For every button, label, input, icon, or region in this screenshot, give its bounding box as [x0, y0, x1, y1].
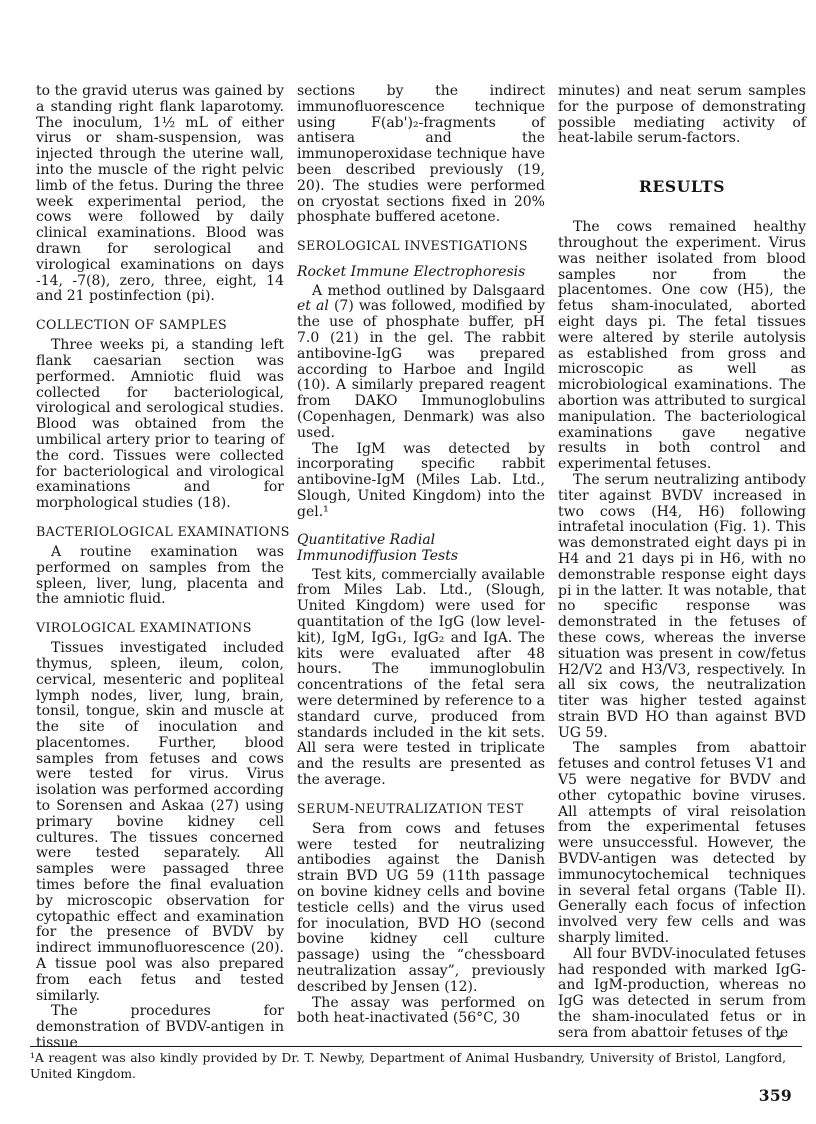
- paragraph: The IgM was detected by incorporating sp…: [297, 442, 545, 521]
- paragraph: The samples from abattoir fetuses and co…: [558, 741, 806, 946]
- footnote-divider: [30, 1046, 802, 1047]
- paragraph: Sera from cows and fetuses were tested f…: [297, 822, 545, 996]
- column-1: to the gravid uterus was gained by a sta…: [36, 84, 284, 1052]
- paragraph: minutes) and neat serum samples for the …: [558, 84, 806, 147]
- text-run: A method outlined by Dalsgaard: [312, 283, 545, 299]
- section-heading: SEROLOGICAL INVESTIGATIONS: [297, 238, 545, 253]
- section-heading: SERUM-NEUTRALIZATION TEST: [297, 801, 545, 816]
- text-run: (7) was followed, modified by the use of…: [297, 298, 545, 440]
- section-heading: COLLECTION OF SAMPLES: [36, 317, 284, 332]
- page-number: 359: [759, 1086, 792, 1105]
- section-heading: VIROLOGICAL EXAMINATIONS: [36, 620, 284, 635]
- paragraph: The procedures for demonstration of BVDV…: [36, 1004, 284, 1051]
- column-2: sections by the indirect immunofluoresce…: [297, 84, 545, 1052]
- paragraph: Test kits, commercially available from M…: [297, 568, 545, 789]
- section-heading: BACTERIOLOGICAL EXAMINATIONS: [36, 524, 284, 539]
- column-3: minutes) and neat serum samples for the …: [558, 84, 806, 1052]
- italic-run: et al: [297, 298, 329, 314]
- paragraph: The serum neutralizing antibody titer ag…: [558, 473, 806, 742]
- paragraph: A method outlined by Dalsgaard et al (7)…: [297, 284, 545, 442]
- results-heading: RESULTS: [558, 177, 806, 196]
- paragraph: to the gravid uterus was gained by a sta…: [36, 84, 284, 305]
- subsection-heading: Quantitative Radial Immunodiffusion Test…: [297, 532, 545, 565]
- article-columns: to the gravid uterus was gained by a sta…: [36, 84, 806, 1052]
- paper-page: to the gravid uterus was gained by a sta…: [0, 0, 816, 1124]
- subsection-heading: Rocket Immune Electrophoresis: [297, 264, 545, 281]
- paragraph: All four BVDV-inoculated fetuses had res…: [558, 947, 806, 1042]
- footnote-text: ¹A reagent was also kindly provided by D…: [30, 1051, 786, 1082]
- paragraph: Tissues investigated included thymus, sp…: [36, 641, 284, 1004]
- paragraph: The cows remained healthy throughout the…: [558, 220, 806, 473]
- page-footer: ¹A reagent was also kindly provided by D…: [0, 1046, 816, 1082]
- paragraph: Three weeks pi, a standing left flank ca…: [36, 338, 284, 512]
- paragraph: A routine examination was performed on s…: [36, 545, 284, 608]
- paragraph: The assay was performed on both heat-ina…: [297, 996, 545, 1028]
- paragraph: sections by the indirect immunofluoresce…: [297, 84, 545, 226]
